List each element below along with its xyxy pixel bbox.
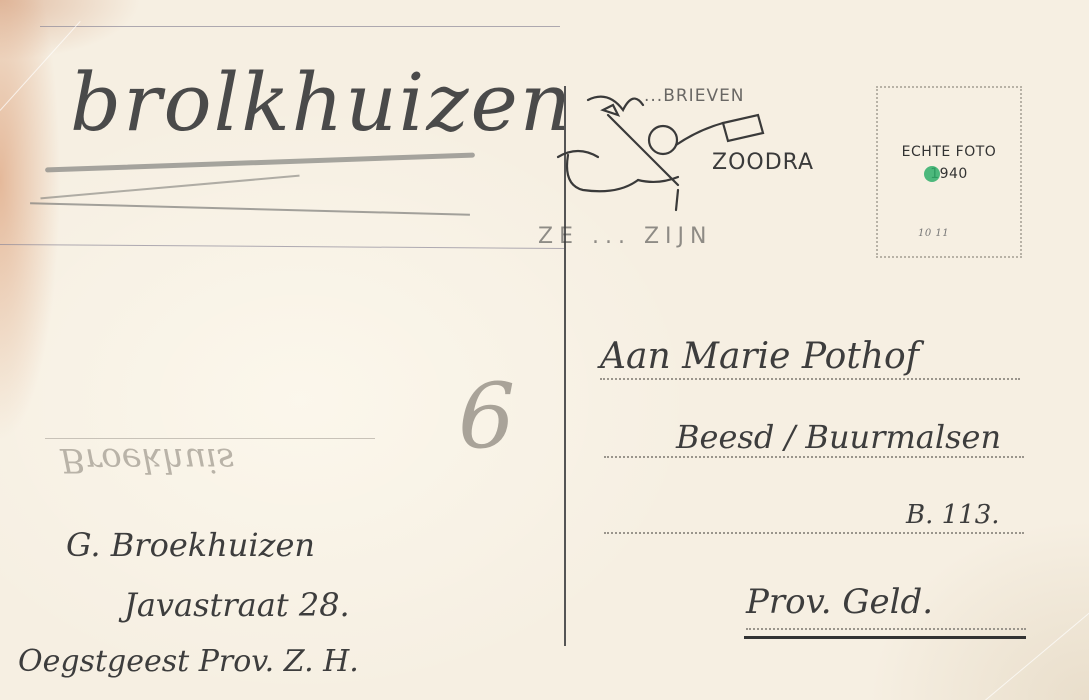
- stamp-box: ECHTE FOTO 1940 10 11: [876, 86, 1022, 258]
- paper-crease: [985, 610, 1089, 700]
- pencil-stroke: [40, 175, 299, 200]
- postmark-line-1: ...BRIEVEN: [644, 86, 745, 106]
- ruled-line: [0, 244, 566, 249]
- stamp-year: 1940: [878, 166, 1020, 182]
- recipient-line-3: B. 113.: [906, 500, 1000, 530]
- sender-line-1: G. Broekhuizen: [66, 526, 315, 564]
- sender-line-3: Oegstgeest Prov. Z. H.: [18, 644, 359, 679]
- stamp-pencil-note: 10 11: [918, 228, 978, 239]
- stamp-label: ECHTE FOTO: [878, 144, 1020, 160]
- green-ink-blot: [924, 166, 940, 182]
- address-line: [600, 378, 1020, 380]
- paper-crease: [0, 21, 81, 111]
- recipient-line-1: Aan Marie Pothof: [600, 336, 919, 377]
- recipient-line-2: Beesd / Buurmalsen: [676, 418, 1001, 456]
- province-underline: [744, 636, 1026, 639]
- ruled-line: [40, 26, 560, 27]
- top-signature: brolkhuizen: [70, 56, 573, 149]
- address-line: [604, 532, 1024, 534]
- pencil-stroke: [30, 202, 470, 216]
- postcard-back: brolkhuizen Broekhuis 9 ...BRIEVEN ZOODR…: [0, 0, 1089, 700]
- faint-pencil-line: [45, 438, 375, 439]
- postmark-line-2: ZOODRA: [712, 150, 814, 175]
- mirrored-pencil-note: Broekhuis: [60, 440, 235, 480]
- address-line: [746, 628, 1026, 630]
- recipient-line-4: Prov. Geld.: [746, 582, 933, 622]
- postmark-line-3: ZE ... ZIJN: [538, 224, 712, 249]
- pencil-number: 9: [458, 360, 515, 465]
- address-line: [604, 456, 1024, 458]
- sender-line-2: Javastraat 28.: [124, 586, 350, 624]
- pencil-stroke: [45, 152, 475, 172]
